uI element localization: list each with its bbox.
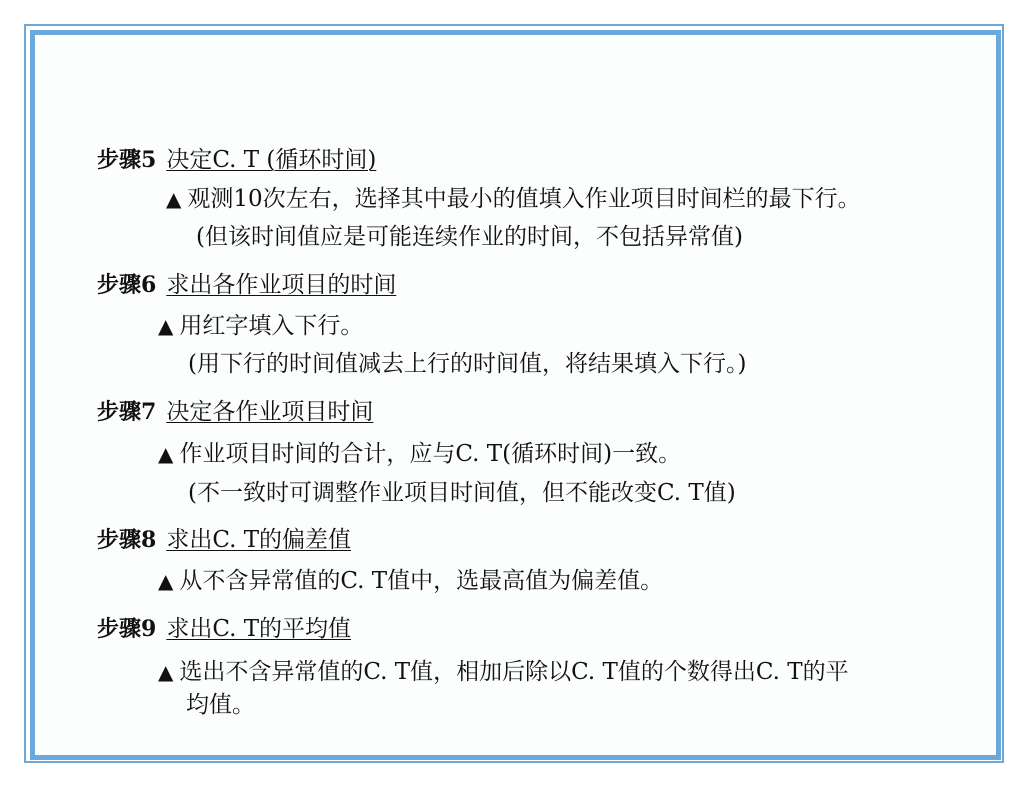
step-5-bullet: ▲观测10次左右，选择其中最小的值填入作业项目时间栏的最下行。 <box>166 184 861 214</box>
step-label: 步骤5 <box>97 147 156 173</box>
triangle-bullet-icon: ▲ <box>158 439 173 469</box>
step-5-heading: 步骤5决定C. T (循环时间) <box>97 145 376 175</box>
triangle-bullet-icon: ▲ <box>158 566 173 596</box>
step-6-bullet: ▲用红字填入下行。 <box>158 311 363 341</box>
step-title: 求出各作业项目的时间 <box>166 272 396 298</box>
step-7-bullet: ▲作业项目时间的合计，应与C. T(循环时间)一致。 <box>158 439 681 469</box>
step-9-bullet: ▲选出不含异常值的C. T值，相加后除以C. T值的个数得出C. T的平 <box>158 657 849 687</box>
step-8-heading: 步骤8求出C. T的偏差值 <box>97 525 351 555</box>
step-5-note: (但该时间值应是可能连续作业的时间，不包括异常值) <box>196 222 743 252</box>
step-title: 决定各作业项目时间 <box>166 399 373 425</box>
bullet-text: 选出不含异常值的C. T值，相加后除以C. T值的个数得出C. T的平 <box>179 659 848 685</box>
triangle-bullet-icon: ▲ <box>158 311 173 341</box>
step-6-note: (用下行的时间值减去上行的时间值，将结果填入下行。) <box>188 349 746 379</box>
bullet-text: 观测10次左右，选择其中最小的值填入作业项目时间栏的最下行。 <box>187 186 860 212</box>
step-label: 步骤7 <box>97 399 156 425</box>
triangle-bullet-icon: ▲ <box>166 184 181 214</box>
step-label: 步骤9 <box>97 616 156 642</box>
triangle-bullet-icon: ▲ <box>158 657 173 687</box>
bullet-text: 用红字填入下行。 <box>179 313 363 339</box>
step-title: 求出C. T的平均值 <box>166 616 351 642</box>
bullet-text: 从不含异常值的C. T值中，选最高值为偏差值。 <box>179 568 663 594</box>
step-label: 步骤8 <box>97 527 156 553</box>
step-title: 求出C. T的偏差值 <box>166 527 351 553</box>
note-text: (用下行的时间值减去上行的时间值，将结果填入下行。) <box>188 351 746 377</box>
step-label: 步骤6 <box>97 272 156 298</box>
note-text: (但该时间值应是可能连续作业的时间，不包括异常值) <box>196 224 743 250</box>
step-7-note: (不一致时可调整作业项目时间值，但不能改变C. T值) <box>188 478 736 508</box>
note-text: (不一致时可调整作业项目时间值，但不能改变C. T值) <box>188 480 736 506</box>
step-7-heading: 步骤7决定各作业项目时间 <box>97 397 373 427</box>
step-8-bullet: ▲从不含异常值的C. T值中，选最高值为偏差值。 <box>158 566 663 596</box>
step-title: 决定C. T (循环时间) <box>166 147 376 173</box>
slide-content: 步骤5决定C. T (循环时间) ▲观测10次左右，选择其中最小的值填入作业项目… <box>0 0 1030 790</box>
bullet-text-continuation: 均值。 <box>186 692 255 718</box>
step-9-continuation: 均值。 <box>186 690 255 720</box>
step-6-heading: 步骤6求出各作业项目的时间 <box>97 270 396 300</box>
step-9-heading: 步骤9求出C. T的平均值 <box>97 614 351 644</box>
bullet-text: 作业项目时间的合计，应与C. T(循环时间)一致。 <box>179 441 681 467</box>
